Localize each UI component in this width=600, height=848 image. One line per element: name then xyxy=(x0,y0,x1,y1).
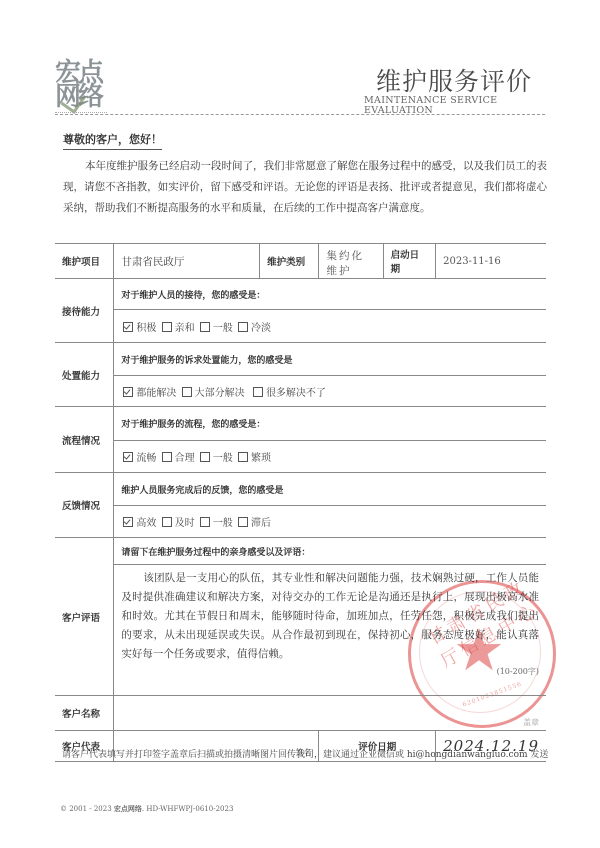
footer: © 2001 - 2023 宏点网络. HD-WHFWPJ-0610-2023 xyxy=(60,804,233,814)
section-feedback-question-row: 反馈情况 维护人员服务完成后的反馈，您的感受是 xyxy=(55,473,546,506)
type-value[interactable]: 集约化维护 xyxy=(319,244,383,279)
customer-name-row: 客户名称 盖章 xyxy=(55,696,546,731)
section-question: 对于维护人员的接待，您的感受是： xyxy=(114,279,546,310)
option-label: 繁琐 xyxy=(251,453,271,464)
evaluation-form: 维护项目 甘肃省民政厅 维护类别 集约化维护 启动日期 2023-11-16 接… xyxy=(55,243,546,762)
comment-textarea[interactable]: 该团队是一支用心的队伍，其专业性和解决问题能力强，技术娴熟过硬，工作人员能及时提… xyxy=(114,565,546,696)
option-label: 积极 xyxy=(136,323,156,334)
company-logo: 宏点 网络 xyxy=(55,60,115,116)
project-value[interactable]: 甘肃省民政厅 xyxy=(114,244,260,279)
option-label: 流畅 xyxy=(136,453,156,464)
options-group: 都能解决 大部分解决 很多解决不了 xyxy=(114,376,546,407)
checkbox[interactable] xyxy=(200,452,210,462)
type-label: 维护类别 xyxy=(260,244,319,279)
project-label: 维护项目 xyxy=(55,244,114,279)
checkbox[interactable] xyxy=(162,517,172,527)
option-label: 大部分解决 xyxy=(195,388,245,399)
option-label: 一般 xyxy=(213,453,233,464)
options-group: 流畅 合理 一般 繁琐 xyxy=(114,441,546,473)
section-label: 反馈情况 xyxy=(55,473,114,538)
doc-code: . HD-WHFWPJ-0610-2023 xyxy=(142,805,234,813)
page-title: 维护服务评价 xyxy=(376,62,532,98)
date-value[interactable]: 2023-11-16 xyxy=(436,244,546,279)
submission-note: 请客户代表填写并打印签字盖章后扫描或拍摄清晰图片回传我司，建议通过企业微信或 h… xyxy=(62,747,548,760)
project-row: 维护项目 甘肃省民政厅 维护类别 集约化维护 启动日期 2023-11-16 xyxy=(55,244,546,279)
checkbox-checked[interactable] xyxy=(123,452,133,462)
footer-company: 宏点网络 xyxy=(114,805,142,813)
comment-body-row: 该团队是一支用心的队伍，其专业性和解决问题能力强，技术娴熟过硬，工作人员能及时提… xyxy=(55,565,546,696)
checkbox-checked[interactable] xyxy=(123,322,133,332)
section-label: 接待能力 xyxy=(55,279,114,343)
checkbox[interactable] xyxy=(238,517,248,527)
checkbox[interactable] xyxy=(200,517,210,527)
section-question: 对于维护服务的流程，您的感受是： xyxy=(114,407,546,441)
checkbox[interactable] xyxy=(253,387,263,397)
option-label: 滞后 xyxy=(251,518,271,529)
option-label: 亲和 xyxy=(175,323,195,334)
option-label: 冷淡 xyxy=(251,323,271,334)
section-label: 处置能力 xyxy=(55,343,114,407)
section-process-question-row: 流程情况 对于维护服务的流程，您的感受是： xyxy=(55,407,546,441)
section-reception-question-row: 接待能力 对于维护人员的接待，您的感受是： xyxy=(55,279,546,310)
section-question: 对于维护服务的诉求处置能力，您的感受是 xyxy=(114,343,546,376)
checkbox-checked[interactable] xyxy=(123,387,133,397)
customer-name-field[interactable]: 盖章 xyxy=(114,696,546,731)
greeting: 尊敬的客户，您好！ xyxy=(63,131,162,150)
section-feedback-options-row: 高效 及时 一般 滞后 xyxy=(55,506,546,538)
options-group: 积极 亲和 一般 冷淡 xyxy=(114,310,546,343)
option-label: 很多解决不了 xyxy=(266,388,326,399)
checkbox[interactable] xyxy=(162,452,172,462)
section-label: 流程情况 xyxy=(55,407,114,473)
stamp-hint: 盖章 xyxy=(523,718,539,727)
char-limit-hint: (10-200字) xyxy=(121,666,539,677)
comment-text: 该团队是一支用心的队伍，其专业性和解决问题能力强，技术娴熟过硬，工作人员能及时提… xyxy=(121,567,539,666)
option-label: 都能解决 xyxy=(136,388,176,399)
option-label: 一般 xyxy=(213,518,233,529)
comment-prompt-row: 客户评语 请留下在维护服务过程中的亲身感受以及评语： xyxy=(55,538,546,565)
customer-name-label: 客户名称 xyxy=(55,696,114,731)
comment-prompt: 请留下在维护服务过程中的亲身感受以及评语： xyxy=(114,538,546,565)
checkbox-checked[interactable] xyxy=(123,517,133,527)
checkbox[interactable] xyxy=(238,452,248,462)
header-divider xyxy=(55,114,545,115)
section-reception-options-row: 积极 亲和 一般 冷淡 xyxy=(55,310,546,343)
checkbox[interactable] xyxy=(182,387,192,397)
option-label: 一般 xyxy=(213,323,233,334)
date-label: 启动日期 xyxy=(383,244,436,279)
option-label: 高效 xyxy=(136,518,156,529)
section-handling-question-row: 处置能力 对于维护服务的诉求处置能力，您的感受是 xyxy=(55,343,546,376)
option-label: 合理 xyxy=(175,453,195,464)
section-question: 维护人员服务完成后的反馈，您的感受是 xyxy=(114,473,546,506)
section-handling-options-row: 都能解决 大部分解决 很多解决不了 xyxy=(55,376,546,407)
checkbox[interactable] xyxy=(238,322,248,332)
comment-label: 客户评语 xyxy=(55,538,114,696)
checkbox[interactable] xyxy=(162,322,172,332)
option-label: 及时 xyxy=(175,518,195,529)
checkbox[interactable] xyxy=(200,322,210,332)
intro-paragraph: 本年度维护服务已经启动一段时间了，我们非常愿意了解您在服务过程中的感受，以及我们… xyxy=(63,156,547,219)
copyright: © 2001 - 2023 xyxy=(60,805,112,813)
section-process-options-row: 流畅 合理 一般 繁琐 xyxy=(55,441,546,473)
page-subtitle: MAINTENANCE SERVICE EVALUATION xyxy=(364,96,497,116)
options-group: 高效 及时 一般 滞后 xyxy=(114,506,546,538)
